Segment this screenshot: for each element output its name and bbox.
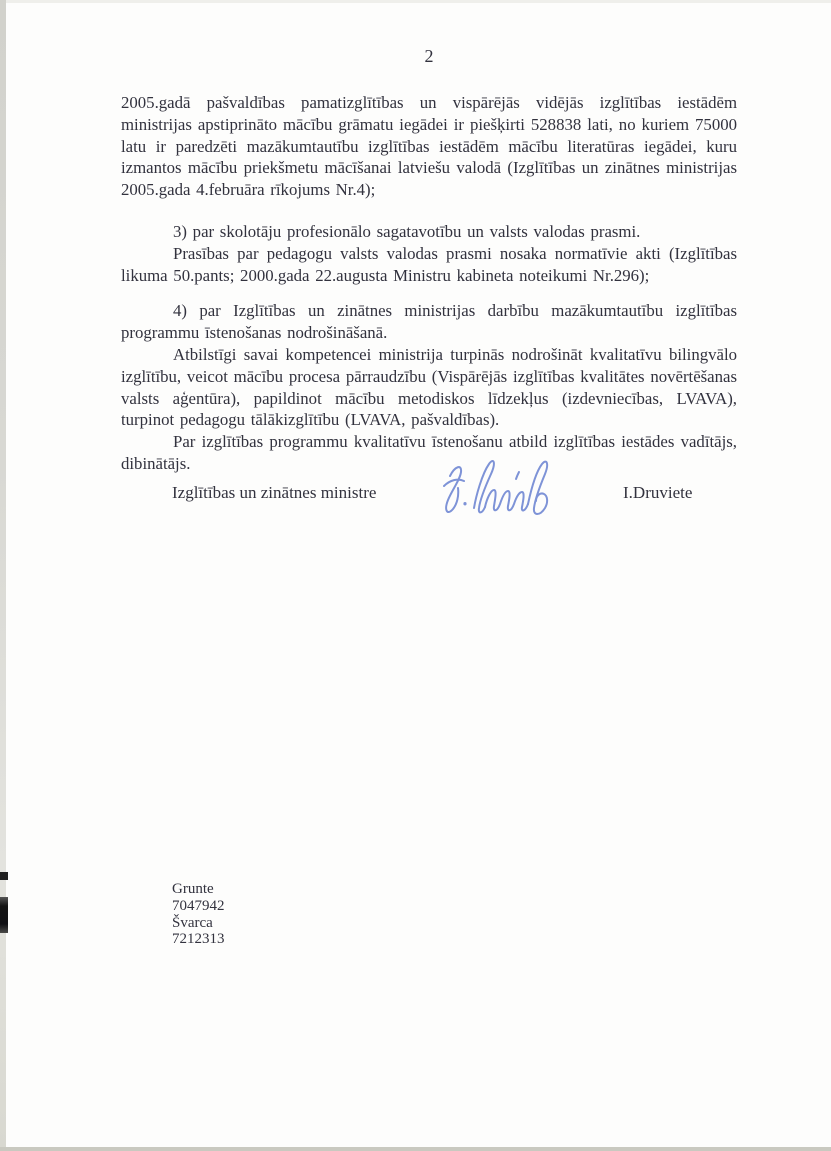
contact-name-1: Grunte (172, 881, 225, 898)
paragraph-item-3: 3) par skolotāju profesionālo sagatavotī… (121, 221, 737, 243)
document-body: 2005.gadā pašvaldības pamatizglītības un… (121, 92, 737, 475)
handwritten-signature (436, 446, 558, 532)
paragraph-competence: Atbilstīgi savai kompetencei ministrija … (121, 344, 737, 431)
paragraph-budget: 2005.gadā pašvaldības pamatizglītības un… (121, 92, 737, 201)
contact-name-2: Švarca (172, 915, 225, 932)
scan-artifact-mark-large (0, 897, 8, 933)
scan-artifact-mark-small (0, 872, 8, 880)
scan-edge-top (0, 0, 831, 3)
scan-edge-bottom (0, 1147, 831, 1151)
signer-title: Izglītības un zinātnes ministre (172, 483, 376, 503)
paragraph-responsibility: Par izglītības programmu kvalitatīvu īst… (121, 431, 737, 475)
page-number: 2 (121, 46, 737, 67)
scan-edge-left (0, 0, 6, 1151)
contact-phone-1: 7047942 (172, 898, 225, 915)
paragraph-requirements: Prasības par pedagogu valsts valodas pra… (121, 243, 737, 287)
contact-phone-2: 7212313 (172, 931, 225, 948)
signer-name: I.Druviete (623, 483, 692, 503)
contact-block: Grunte 7047942 Švarca 7212313 (172, 881, 225, 948)
scanned-document-page: 2 2005.gadā pašvaldības pamatizglītības … (0, 0, 831, 1151)
paragraph-item-4: 4) par Izglītības un zinātnes ministrija… (121, 300, 737, 344)
